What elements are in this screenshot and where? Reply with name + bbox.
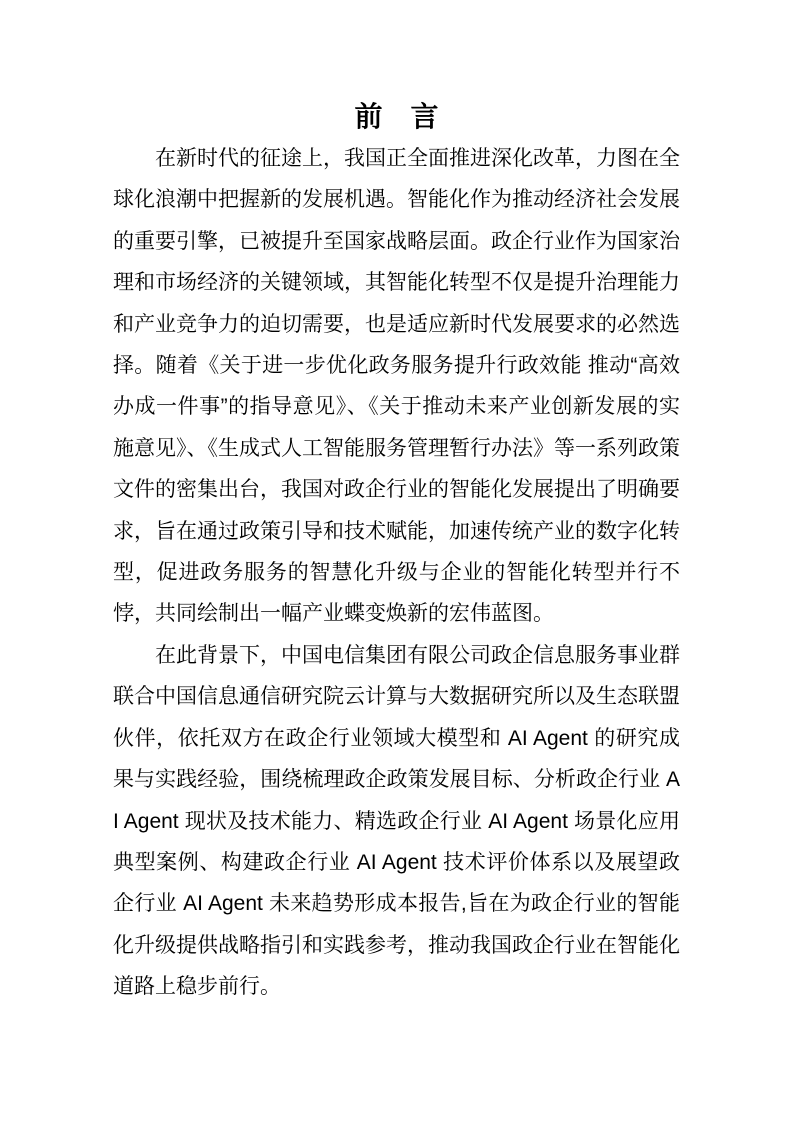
preface-paragraph-1: 在新时代的征途上，我国正全面推进深化改革，力图在全球化浪潮中把握新的发展机遇。智… (113, 138, 680, 635)
preface-paragraph-2: 在此背景下，中国电信集团有限公司政企信息服务事业群联合中国信息通信研究院云计算与… (113, 635, 680, 1008)
page-title: 前 言 (113, 100, 680, 134)
document-page: 前 言 在新时代的征途上，我国正全面推进深化改革，力图在全球化浪潮中把握新的发展… (0, 0, 793, 1122)
